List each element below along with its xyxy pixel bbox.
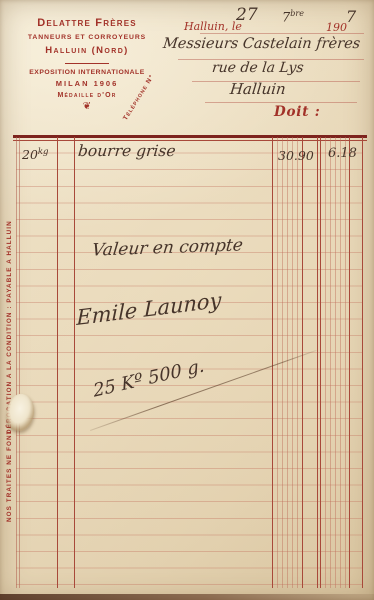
row-amount: 6.18: [328, 146, 357, 161]
table-top-rule-thin: [13, 140, 367, 141]
table-left-border-outer: [16, 137, 17, 588]
company-city: Halluin (Nord): [14, 46, 160, 57]
amount-column-hatch: [321, 137, 349, 588]
margin-traites-text: NOS TRAITES NE FONT: [6, 429, 13, 522]
paper-bottom-edge: [0, 594, 374, 600]
expo-line: EXPOSITION INTERNATIONALE: [14, 69, 160, 77]
row-unit-price: 30.90: [278, 148, 314, 163]
month-suffix: bre: [290, 9, 304, 18]
addressee-line3: Halluin: [229, 80, 287, 98]
handwritten-year-digit: 7: [346, 7, 356, 26]
price-column-left-line: [272, 137, 273, 588]
date-rule: [200, 33, 364, 34]
doit-label: Doit :: [274, 104, 321, 120]
handwritten-month: 7bre: [282, 9, 304, 25]
row-description: bourre grise: [77, 142, 176, 160]
dateline-place: Halluin, le: [184, 20, 242, 33]
company-name: Delattre Frères: [14, 17, 160, 30]
addressee-line2: rue de la Lys: [211, 60, 304, 76]
price-column-mid-line: [302, 137, 303, 588]
addressee-line1: Messieurs Castelain frères: [162, 36, 361, 52]
milan-line: MILAN 1906: [14, 80, 160, 89]
quantity-column-line-2: [74, 137, 75, 588]
quantity-unit: kg: [38, 147, 49, 157]
quantity-number: 20: [22, 147, 38, 162]
amount-column-left-line-2: [320, 137, 321, 588]
handwritten-day: 27: [236, 5, 258, 25]
company-trade: TANNEURS ET CORROYEURS: [14, 34, 160, 42]
row-quantity: 20kg: [22, 147, 49, 162]
address-rule-3: [205, 102, 357, 103]
invoice-scan: Delattre Frères TANNEURS ET CORROYEURS H…: [0, 0, 374, 600]
table-right-border: [362, 137, 363, 588]
amount-column-left-line-1: [317, 137, 318, 588]
quantity-column-line-1: [57, 137, 58, 588]
table-top-rule-heavy: [13, 135, 367, 138]
amount-column-mid-line: [349, 137, 350, 588]
table-left-border-inner: [19, 137, 20, 588]
letterhead-divider: [65, 63, 109, 64]
